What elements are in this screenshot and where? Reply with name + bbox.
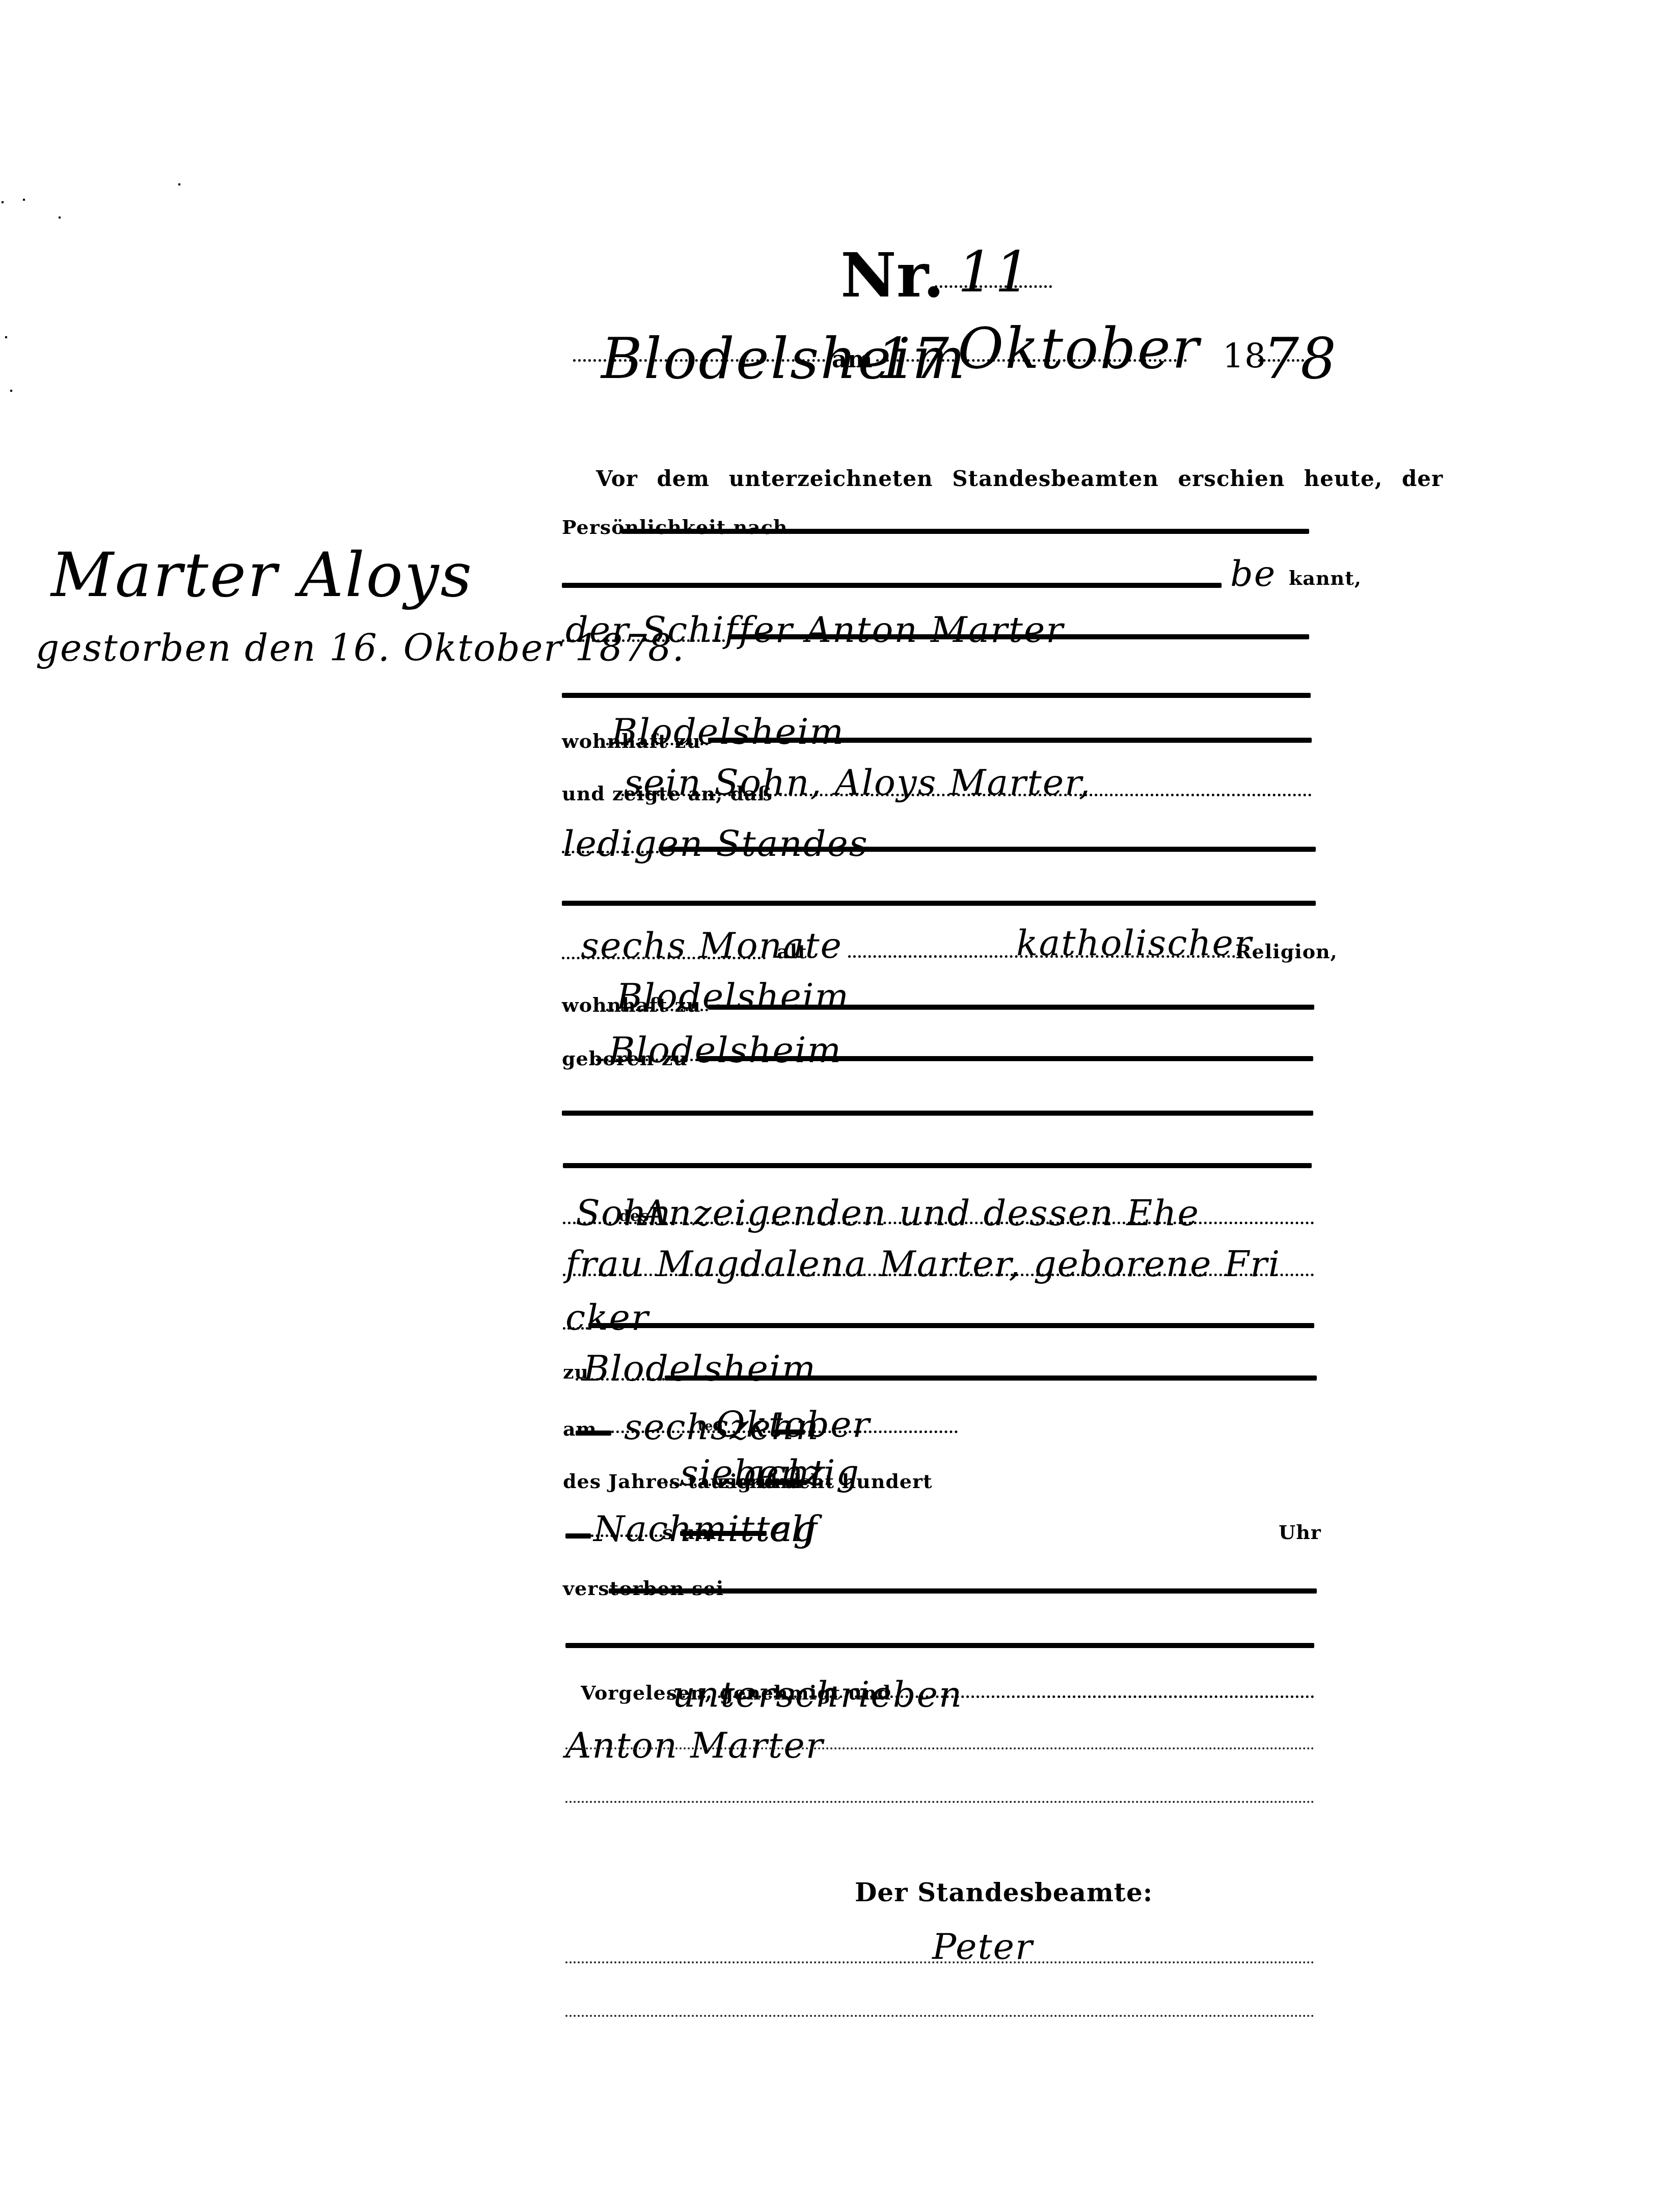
parents-line-3: cker xyxy=(565,1297,649,1338)
informant-signature-line xyxy=(565,1747,1314,1749)
year-line xyxy=(1258,359,1304,362)
birthplace-dots xyxy=(596,1059,698,1061)
deceased-line-1-dots xyxy=(621,794,1312,796)
year-suffix: 78 xyxy=(1263,326,1338,391)
parents-place-dots xyxy=(576,1378,665,1381)
registration-place-line xyxy=(573,359,825,362)
scan-speck xyxy=(59,217,61,219)
death-day-line xyxy=(576,1431,611,1436)
birthplace: Blodelsheim xyxy=(609,1029,842,1071)
persoenlichkeit-label: Persönlichkeit nach xyxy=(562,516,788,538)
blank-line-3 xyxy=(562,1111,1313,1116)
blank-line-6 xyxy=(565,1801,1314,1803)
uhr-label: Uhr xyxy=(1279,1521,1321,1544)
parents-place-line xyxy=(665,1375,1317,1381)
unterschrieben: unterschrieben xyxy=(672,1674,963,1715)
bekannt-prefix: be xyxy=(1230,553,1276,595)
parents-line-1-dots xyxy=(563,1222,1314,1224)
scan-speck xyxy=(23,199,25,201)
scan-speck xyxy=(2,201,4,203)
hour-line xyxy=(680,1531,767,1536)
blank-line-1 xyxy=(562,693,1311,698)
margin-name: Marter Aloys xyxy=(51,540,473,611)
registration-month: Oktober xyxy=(958,316,1200,381)
parents-line-1b: Anzeigenden und dessen Ehe xyxy=(642,1192,1200,1234)
official-signature-line xyxy=(565,1961,1314,1963)
blank-line-2 xyxy=(562,901,1316,906)
registration-day: 17 xyxy=(876,326,951,391)
official-label: Der Standesbeamte: xyxy=(855,1877,1153,1907)
informant-signature: Anton Marter xyxy=(565,1724,824,1766)
alt-label: alt xyxy=(777,940,807,963)
intro-text: Vor dem unterzeichneten Standesbeamten e… xyxy=(596,466,1443,491)
parents-line-2-dots xyxy=(563,1274,1314,1276)
unterschrieben-dots xyxy=(667,1695,1314,1698)
deceased-line-2: ledigen Standes xyxy=(563,823,869,865)
scan-speck xyxy=(178,183,180,185)
parents-place: Blodelsheim xyxy=(583,1347,817,1389)
parents-line-3-line xyxy=(588,1323,1314,1328)
deceased-residence-line xyxy=(708,1005,1314,1010)
parents-line-3-dots xyxy=(563,1327,588,1330)
religion-dots xyxy=(848,955,1235,958)
informant-residence-dots xyxy=(606,743,708,745)
year-prefix: 18 xyxy=(1223,336,1266,375)
death-month-line xyxy=(774,1429,805,1435)
time-of-day-line xyxy=(565,1533,591,1539)
informant-residence: Blodelsheim xyxy=(611,711,845,752)
time-of-day-dots xyxy=(591,1534,662,1537)
verstorben-line xyxy=(609,1588,1317,1594)
record-number-line xyxy=(935,285,1052,288)
record-number-label: Nr. xyxy=(841,239,944,311)
informant-residence-line xyxy=(708,738,1312,743)
year-ones-line xyxy=(769,1480,807,1485)
religion-label: Religion, xyxy=(1235,940,1338,963)
registration-date-line xyxy=(876,359,1187,362)
deceased-line-1: sein Sohn, Aloys Marter, xyxy=(624,762,1091,803)
record-number-value: 11 xyxy=(958,239,1032,305)
blank-line-4 xyxy=(563,1163,1312,1168)
informant: der Schiffer Anton Marter xyxy=(565,609,1064,651)
bekannt-suffix: kannt, xyxy=(1289,567,1362,589)
death-month: Oktober xyxy=(716,1404,871,1445)
parents-line-2: frau Magdalena Marter, geborene Fri xyxy=(565,1243,1281,1285)
persoenlichkeit-line xyxy=(621,529,1309,534)
age-dots xyxy=(562,957,766,959)
scan-speck xyxy=(10,390,12,392)
birthplace-line xyxy=(697,1056,1313,1061)
blank-line-5 xyxy=(565,1643,1314,1648)
bekannt-line xyxy=(562,583,1222,588)
informant-line xyxy=(728,634,1309,639)
am-label-2: am xyxy=(563,1417,597,1440)
hour: elf xyxy=(769,1508,818,1550)
year-ones: acht xyxy=(744,1452,826,1494)
scan-speck xyxy=(5,336,7,338)
year-tens-dots xyxy=(665,1483,721,1486)
deceased-line-2-line xyxy=(659,847,1316,852)
deceased-residence-dots xyxy=(606,1009,708,1011)
blank-line-7 xyxy=(565,2015,1314,2017)
informant-dots xyxy=(562,639,730,642)
deceased-line-2-dots xyxy=(562,851,659,853)
am-label: am xyxy=(832,345,873,373)
